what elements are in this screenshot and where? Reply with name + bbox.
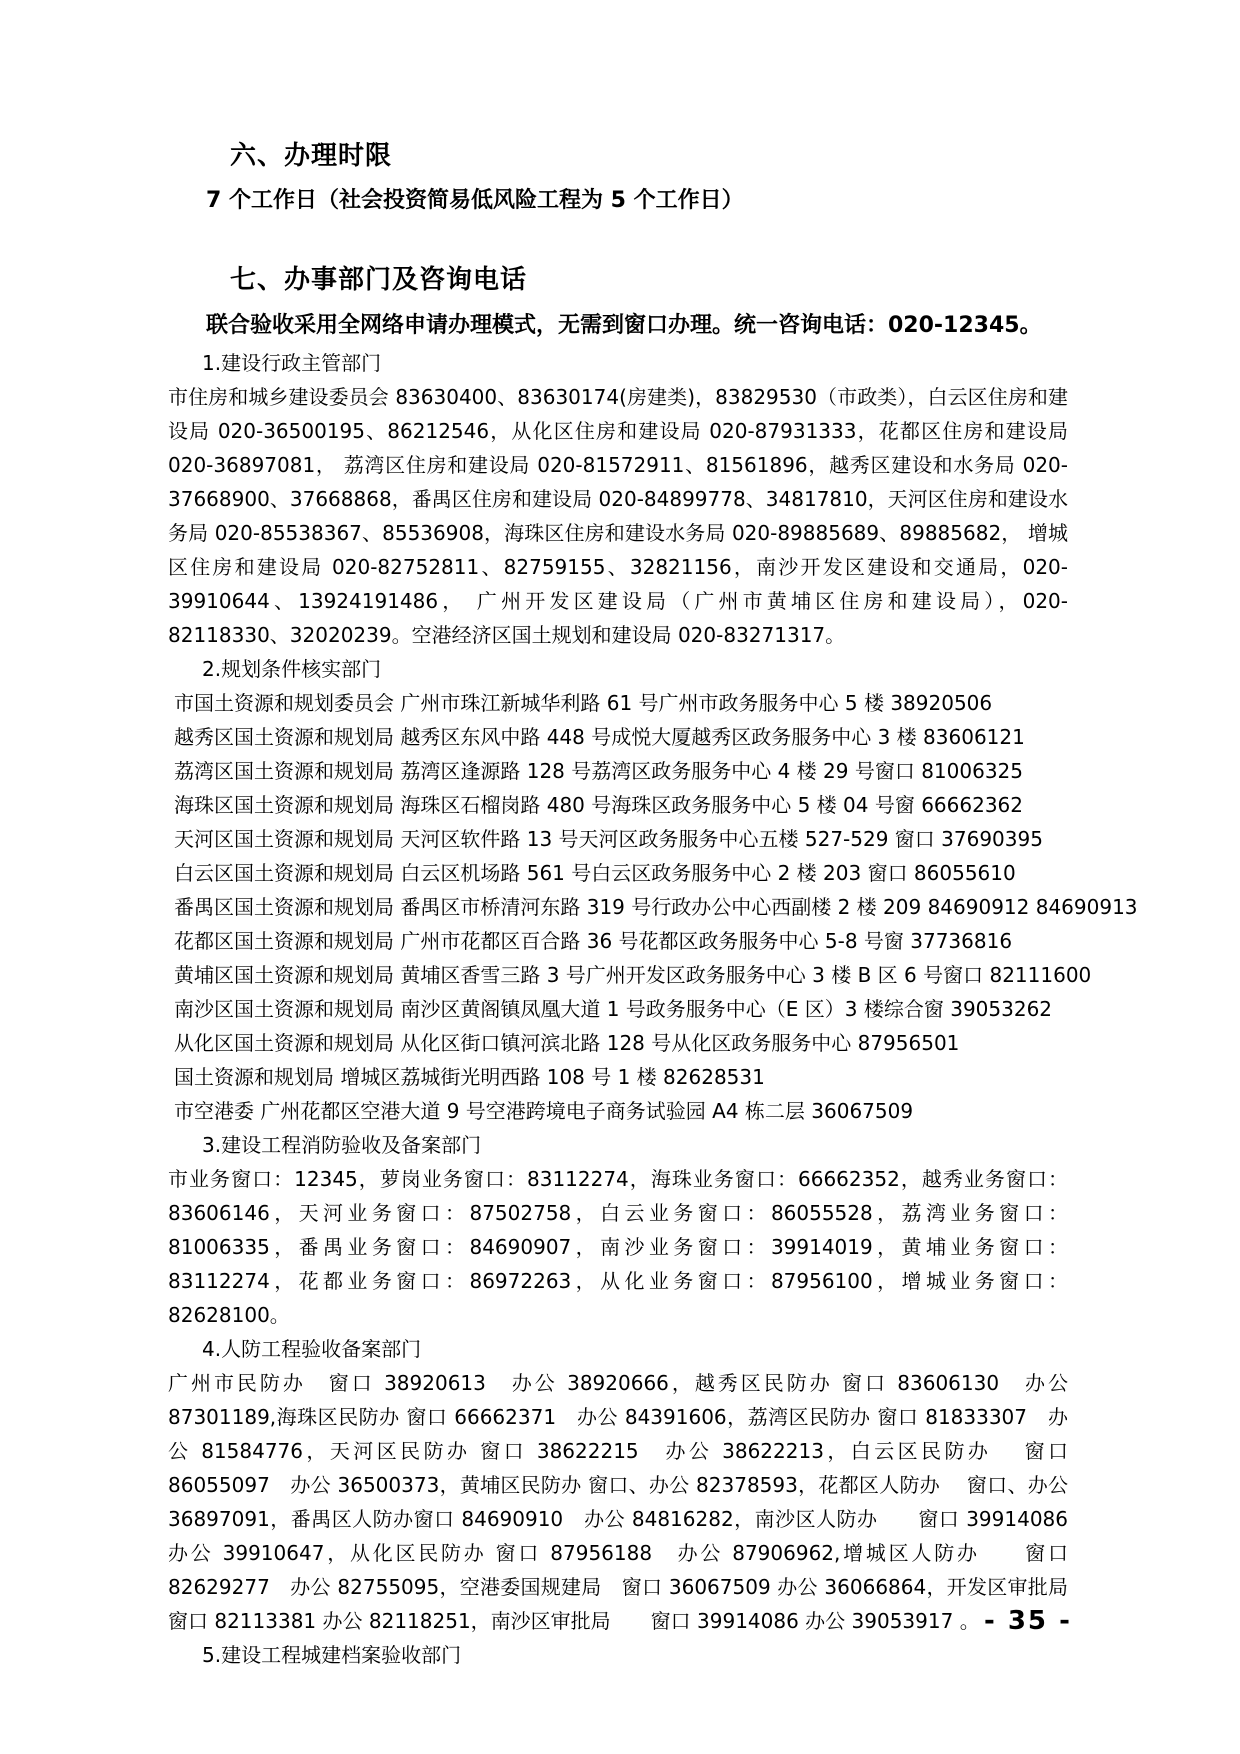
section-6-body: 7 个工作日（社会投资简易低风险工程为 5 个工作日）	[206, 186, 1068, 216]
section-7-heading: 七、办事部门及咨询电话	[230, 264, 1068, 296]
planning-dept-entry: 花都区国土资源和规划局 广州市花都区百合路 36 号花都区政务服务中心 5-8 …	[174, 924, 1068, 958]
planning-dept-entry: 市空港委 广州花都区空港大道 9 号空港跨境电子商务试验园 A4 栋二层 360…	[174, 1094, 1068, 1128]
planning-dept-entry: 黄埔区国土资源和规划局 黄埔区香雪三路 3 号广州开发区政务服务中心 3 楼 B…	[174, 958, 1068, 992]
document-content: 六、办理时限 7 个工作日（社会投资简易低风险工程为 5 个工作日） 七、办事部…	[168, 140, 1068, 1672]
subsection-4-paragraph: 广州市民防办 窗口 38920613 办公 38920666，越秀区民防办 窗口…	[168, 1366, 1068, 1638]
planning-dept-entry: 番禺区国土资源和规划局 番禺区市桥清河东路 319 号行政办公中心西副楼 2 楼…	[174, 890, 1068, 924]
planning-dept-entry: 越秀区国土资源和规划局 越秀区东风中路 448 号成悦大厦越秀区政务服务中心 3…	[174, 720, 1068, 754]
planning-dept-entry: 天河区国土资源和规划局 天河区软件路 13 号天河区政务服务中心五楼 527-5…	[174, 822, 1068, 856]
planning-dept-entry: 荔湾区国土资源和规划局 荔湾区逢源路 128 号荔湾区政务服务中心 4 楼 29…	[174, 754, 1068, 788]
subsection-3-title: 3.建设工程消防验收及备案部门	[202, 1128, 1068, 1162]
subsection-5-title: 5.建设工程城建档案验收部门	[202, 1638, 1068, 1672]
planning-dept-entry: 白云区国土资源和规划局 白云区机场路 561 号白云区政务服务中心 2 楼 20…	[174, 856, 1068, 890]
planning-dept-entry: 市国土资源和规划委员会 广州市珠江新城华利路 61 号广州市政务服务中心 5 楼…	[174, 686, 1068, 720]
section-6-heading: 六、办理时限	[230, 140, 1068, 172]
planning-dept-entry: 从化区国土资源和规划局 从化区街口镇河滨北路 128 号从化区政务服务中心 87…	[174, 1026, 1068, 1060]
document-page: 六、办理时限 7 个工作日（社会投资简易低风险工程为 5 个工作日） 七、办事部…	[0, 0, 1240, 1754]
page-number: - 35 -	[984, 1606, 1072, 1636]
planning-dept-entry: 海珠区国土资源和规划局 海珠区石榴岗路 480 号海珠区政务服务中心 5 楼 0…	[174, 788, 1068, 822]
planning-dept-entry: 南沙区国土资源和规划局 南沙区黄阁镇凤凰大道 1 号政务服务中心（E 区）3 楼…	[174, 992, 1068, 1026]
subsection-4-title: 4.人防工程验收备案部门	[202, 1332, 1068, 1366]
section-7-intro: 联合验收采用全网络申请办理模式，无需到窗口办理。统一咨询电话：020-12345…	[206, 310, 1068, 342]
subsection-1-paragraph: 市住房和城乡建设委员会 83630400、83630174(房建类)，83829…	[168, 380, 1068, 652]
subsection-1-title: 1.建设行政主管部门	[202, 346, 1068, 380]
planning-dept-entry: 国土资源和规划局 增城区荔城街光明西路 108 号 1 楼 82628531	[174, 1060, 1068, 1094]
subsection-3-paragraph: 市业务窗口：12345，萝岗业务窗口：83112274，海珠业务窗口：66662…	[168, 1162, 1068, 1332]
subsection-2-title: 2.规划条件核实部门	[202, 652, 1068, 686]
